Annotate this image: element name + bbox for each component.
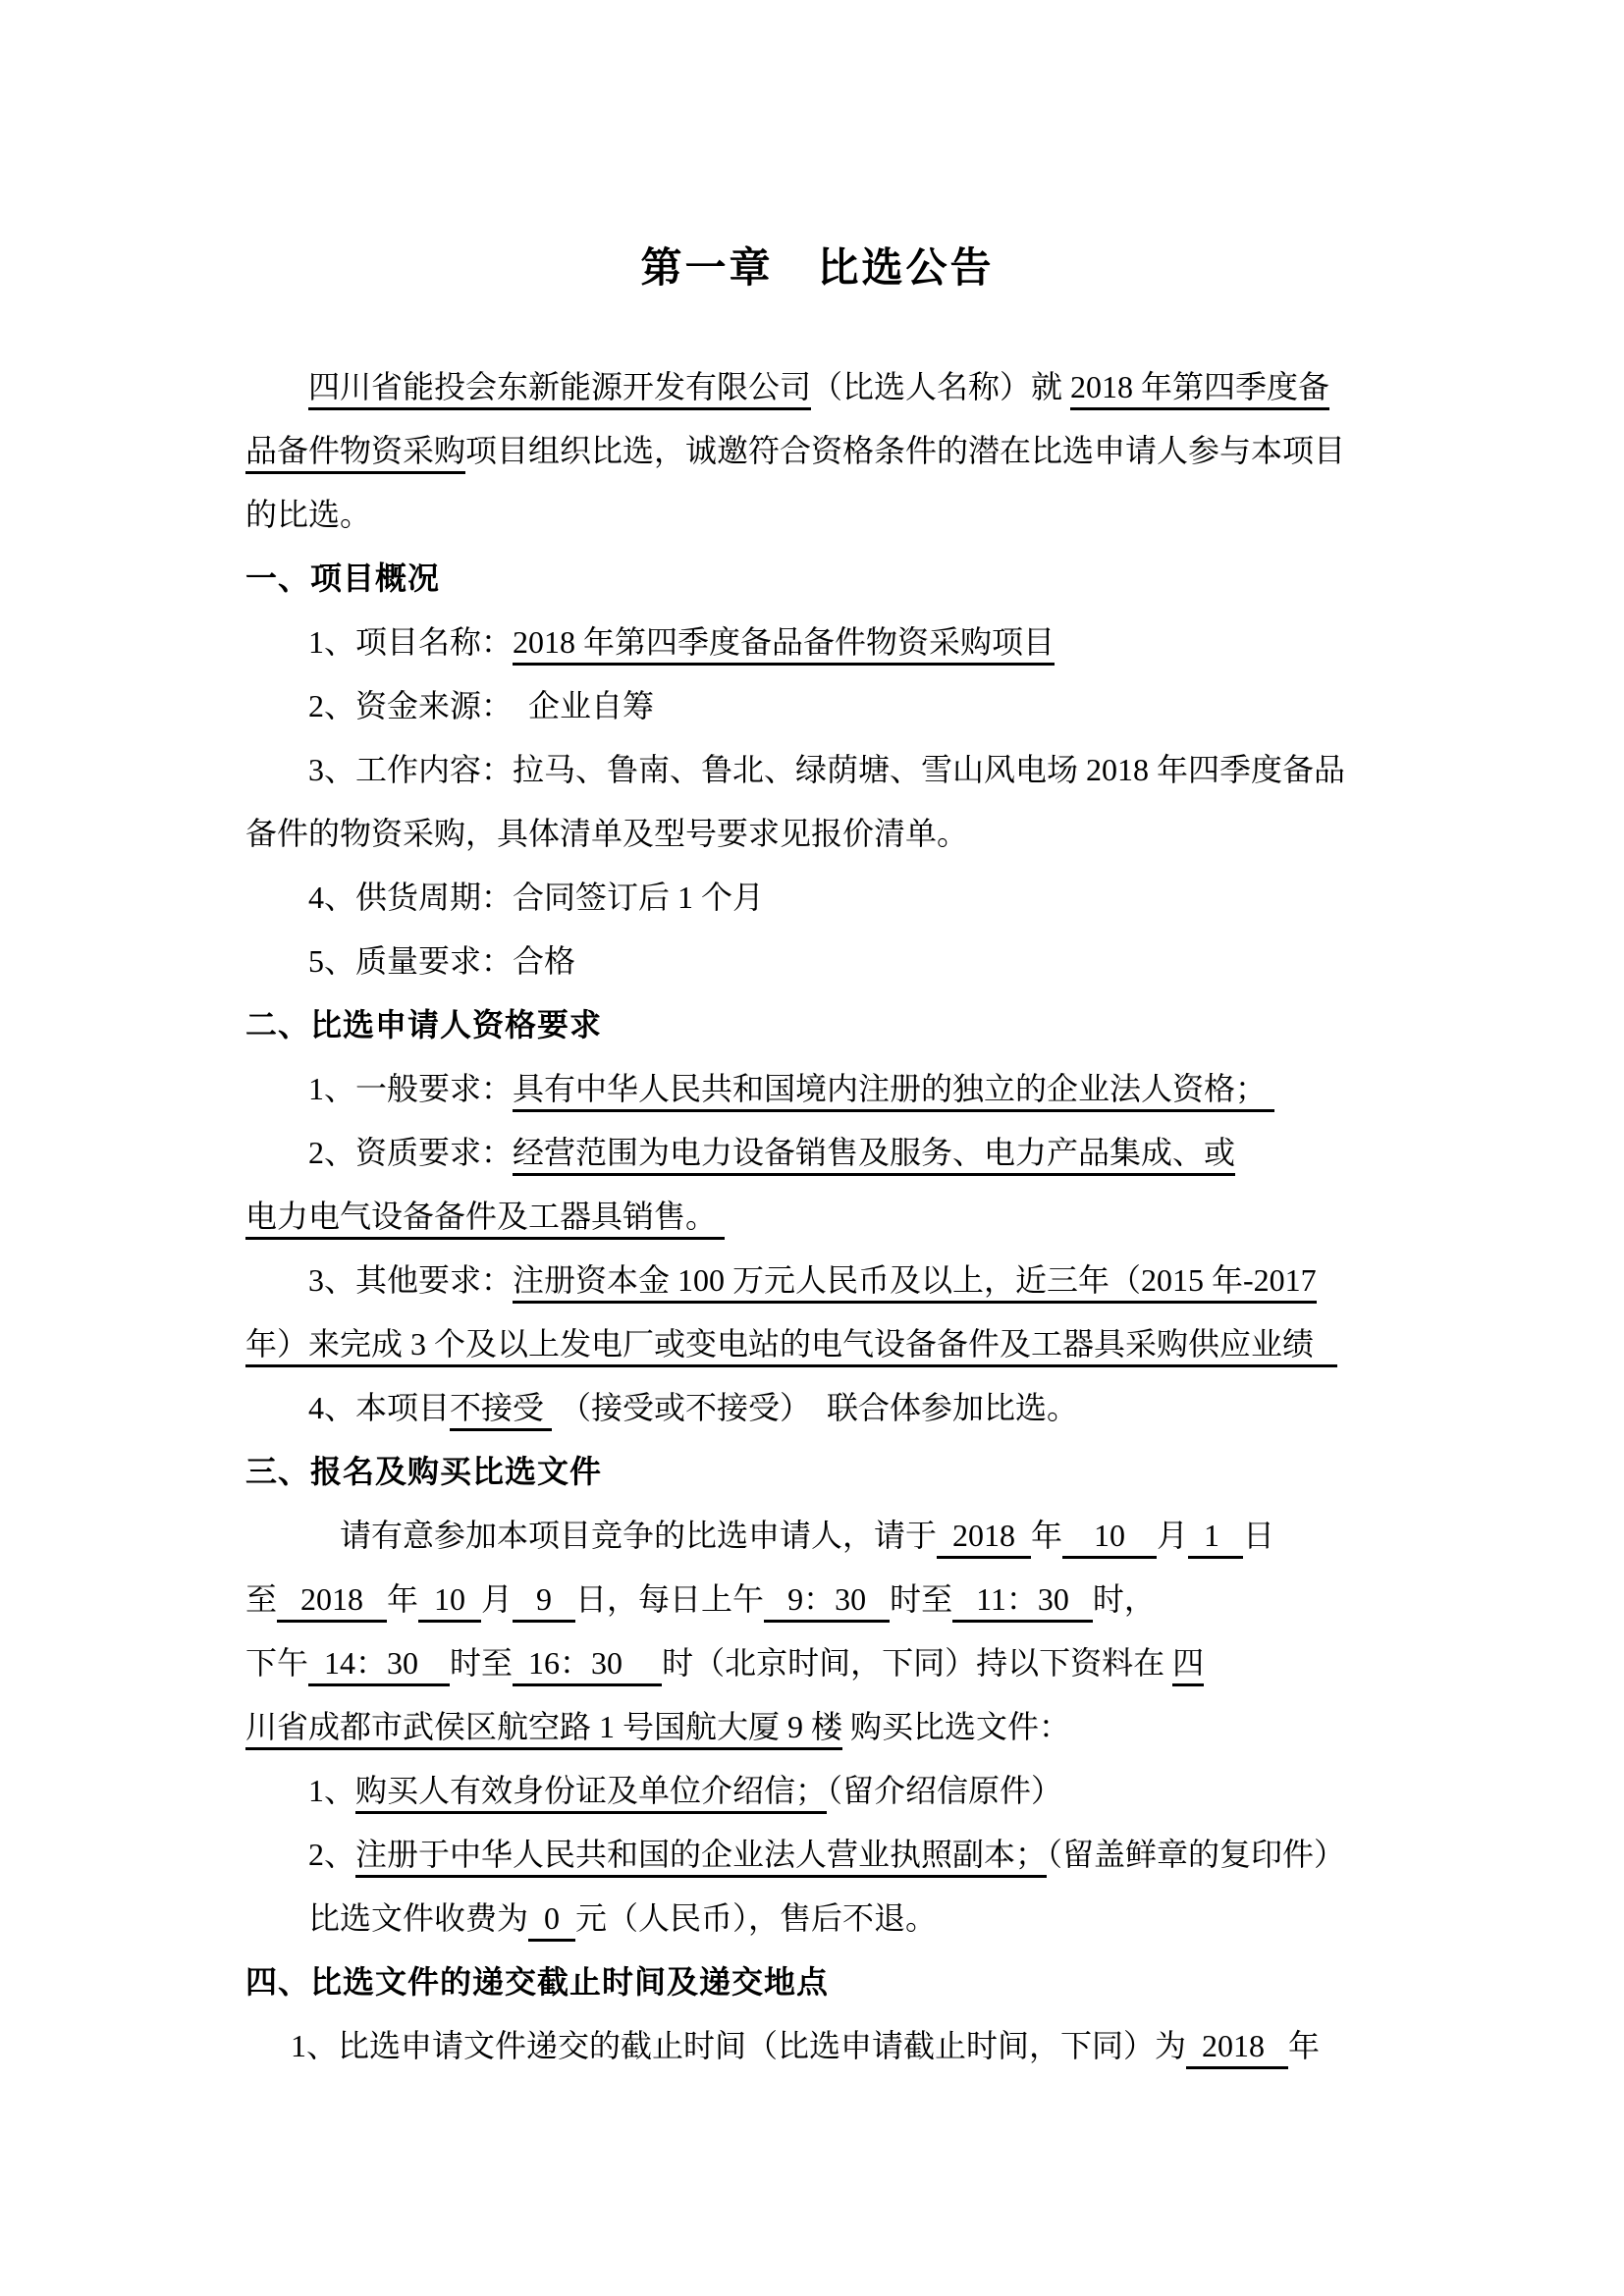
document-line: 年）来完成 3 个及以上发电厂或变电站的电气设备备件及工器具采购供应业绩	[245, 1312, 1389, 1376]
document-line: 3、工作内容：拉马、鲁南、鲁北、绿荫塘、雪山风电场 2018 年四季度备品	[245, 738, 1389, 802]
fill-in-blank: 10	[418, 1581, 481, 1623]
document-line: 3、其他要求：注册资本金 100 万元人民币及以上，近三年（2015 年-201…	[245, 1249, 1389, 1312]
text-run: 备件的物资采购，具体清单及型号要求见报价清单。	[245, 816, 968, 851]
document-content-area: 第一章 比选公告 四川省能投会东新能源开发有限公司（比选人名称）就 2018 年…	[245, 234, 1389, 2078]
fill-in-blank: 10	[1062, 1518, 1157, 1559]
document-line: 4、本项目不接受 （接受或不接受） 联合体参加比选。	[245, 1376, 1389, 1440]
text-run: 一、项目概况	[245, 561, 440, 596]
chapter-title: 第一章 比选公告	[245, 234, 1389, 304]
section-heading: 三、报名及购买比选文件	[245, 1440, 1389, 1504]
underlined-text: 经营范围为电力设备销售及服务、电力产品集成、或	[513, 1135, 1235, 1176]
document-page: 第一章 比选公告 四川省能投会东新能源开发有限公司（比选人名称）就 2018 年…	[0, 0, 1624, 2296]
underlined-text: 注册于中华人民共和国的企业法人营业执照副本；	[355, 1837, 1047, 1878]
text-run: 5、质量要求：合格	[308, 943, 575, 979]
document-line: 1、购买人有效身份证及单位介绍信；（留介绍信原件）	[245, 1759, 1389, 1823]
document-line: 2、注册于中华人民共和国的企业法人营业执照副本；（留盖鲜章的复印件）	[245, 1823, 1389, 1887]
underlined-text: 年）来完成 3 个及以上发电厂或变电站的电气设备备件及工器具采购供应业绩	[245, 1326, 1337, 1367]
text-run: 1、一般要求：	[308, 1071, 513, 1106]
text-run: 购买比选文件：	[842, 1709, 1070, 1744]
text-run: 项目组织比选，诚邀符合资格条件的潜在比选申请人参与本项目	[465, 433, 1345, 468]
text-run: 请有意参加本项目竞争的比选申请人，请于	[340, 1518, 937, 1553]
underlined-text: 2018 年第四季度备品备件物资采购项目	[513, 624, 1055, 666]
document-line: 品备件物资采购项目组织比选，诚邀符合资格条件的潜在比选申请人参与本项目	[245, 419, 1389, 483]
text-run: 元（人民币），售后不退。	[575, 1900, 937, 1936]
text-run: 年	[387, 1581, 418, 1617]
section-heading: 一、项目概况	[245, 547, 1389, 611]
document-line: 1、项目名称：2018 年第四季度备品备件物资采购项目	[245, 611, 1389, 674]
text-run: 时（北京时间，下同）持以下资料在	[662, 1645, 1172, 1681]
section-heading: 二、比选申请人资格要求	[245, 993, 1389, 1057]
fill-in-blank: 0	[528, 1900, 575, 1942]
document-line: 2、资金来源： 企业自筹	[245, 674, 1389, 738]
text-run: 日	[1243, 1518, 1274, 1553]
fill-in-blank: 11：30	[952, 1581, 1093, 1623]
text-run: 4、本项目	[308, 1390, 450, 1425]
underlined-text: 注册资本金 100 万元人民币及以上，近三年（2015 年-2017	[513, 1262, 1317, 1304]
document-line: 1、比选申请文件递交的截止时间（比选申请截止时间，下同）为 2018 年	[245, 2014, 1389, 2078]
fill-in-blank: 9	[513, 1581, 575, 1623]
underlined-text: 品备件物资采购	[245, 433, 465, 474]
underlined-text: 四川省能投会东新能源开发有限公司	[308, 369, 811, 410]
section-heading: 四、比选文件的递交截止时间及递交地点	[245, 1950, 1389, 2014]
text-run: 下午	[245, 1645, 308, 1681]
text-run: 时至	[890, 1581, 952, 1617]
text-run: 三、报名及购买比选文件	[245, 1454, 602, 1489]
document-line: 电力电气设备备件及工器具销售。	[245, 1185, 1389, 1249]
text-run: 的比选。	[245, 497, 371, 532]
text-run: 3、其他要求：	[308, 1262, 513, 1298]
fill-in-blank: 9：30	[764, 1581, 890, 1623]
text-run: 四、比选文件的递交截止时间及递交地点	[245, 1964, 829, 2000]
fill-in-blank: 16：30	[513, 1645, 662, 1686]
text-run: 日，每日上午	[575, 1581, 764, 1617]
underlined-text: 四	[1172, 1645, 1204, 1686]
text-run: 比选文件收费为	[308, 1900, 528, 1936]
text-run: 1、比选申请文件递交的截止时间（比选申请截止时间，下同）为	[291, 2028, 1186, 2063]
fill-in-blank: 2018	[937, 1518, 1031, 1559]
text-run: 2、资质要求：	[308, 1135, 513, 1170]
text-run: 时，	[1093, 1581, 1156, 1617]
document-line: 比选文件收费为 0 元（人民币），售后不退。	[245, 1887, 1389, 1950]
underlined-text: 具有中华人民共和国境内注册的独立的企业法人资格；	[513, 1071, 1274, 1112]
underlined-text: 2018 年第四季度备	[1070, 369, 1329, 410]
text-run: 二、比选申请人资格要求	[245, 1007, 602, 1042]
text-run: 月	[481, 1581, 513, 1617]
underlined-text: 不接受	[450, 1390, 552, 1431]
underlined-text: 川省成都市武侯区航空路 1 号国航大厦 9 楼	[245, 1709, 842, 1750]
text-run: 4、供货周期：合同签订后 1 个月	[308, 880, 764, 915]
document-line: 5、质量要求：合格	[245, 930, 1389, 993]
fill-in-blank: 2018	[277, 1581, 387, 1623]
document-body: 四川省能投会东新能源开发有限公司（比选人名称）就 2018 年第四季度备品备件物…	[245, 355, 1389, 2078]
fill-in-blank: 2018	[1186, 2028, 1288, 2069]
text-run: 1、	[308, 1773, 355, 1808]
document-line: 备件的物资采购，具体清单及型号要求见报价清单。	[245, 802, 1389, 866]
text-run: 年	[1031, 1518, 1062, 1553]
underlined-text: 购买人有效身份证及单位介绍信；	[355, 1773, 827, 1814]
document-line: 下午 14：30 时至 16：30 时（北京时间，下同）持以下资料在 四	[245, 1631, 1389, 1695]
text-run: 时至	[450, 1645, 513, 1681]
fill-in-blank: 14：30	[308, 1645, 450, 1686]
document-line: 的比选。	[245, 483, 1389, 547]
underlined-text: 电力电气设备备件及工器具销售。	[245, 1199, 725, 1240]
text-run: 月	[1157, 1518, 1188, 1553]
document-line: 4、供货周期：合同签订后 1 个月	[245, 866, 1389, 930]
text-run: （接受或不接受） 联合体参加比选。	[552, 1390, 1078, 1425]
document-line: 川省成都市武侯区航空路 1 号国航大厦 9 楼 购买比选文件：	[245, 1695, 1389, 1759]
text-run: 至	[245, 1581, 277, 1617]
document-line: 请有意参加本项目竞争的比选申请人，请于 2018 年 10 月 1 日	[245, 1504, 1389, 1568]
text-run: （留介绍信原件）	[827, 1773, 1062, 1808]
fill-in-blank: 1	[1188, 1518, 1243, 1559]
text-run: （比选人名称）就	[811, 369, 1070, 404]
text-run: 2、资金来源： 企业自筹	[308, 688, 654, 723]
document-line: 四川省能投会东新能源开发有限公司（比选人名称）就 2018 年第四季度备	[245, 355, 1389, 419]
text-run: 2、	[308, 1837, 355, 1872]
document-line: 至 2018 年 10 月 9 日，每日上午 9：30 时至 11：30 时，	[245, 1568, 1389, 1631]
text-run: 年	[1288, 2028, 1320, 2063]
text-run: 3、工作内容：拉马、鲁南、鲁北、绿荫塘、雪山风电场 2018 年四季度备品	[308, 752, 1345, 787]
text-run: （留盖鲜章的复印件）	[1047, 1837, 1345, 1872]
text-run: 1、项目名称：	[308, 624, 513, 660]
document-line: 2、资质要求：经营范围为电力设备销售及服务、电力产品集成、或	[245, 1121, 1389, 1185]
document-line: 1、一般要求：具有中华人民共和国境内注册的独立的企业法人资格；	[245, 1057, 1389, 1121]
